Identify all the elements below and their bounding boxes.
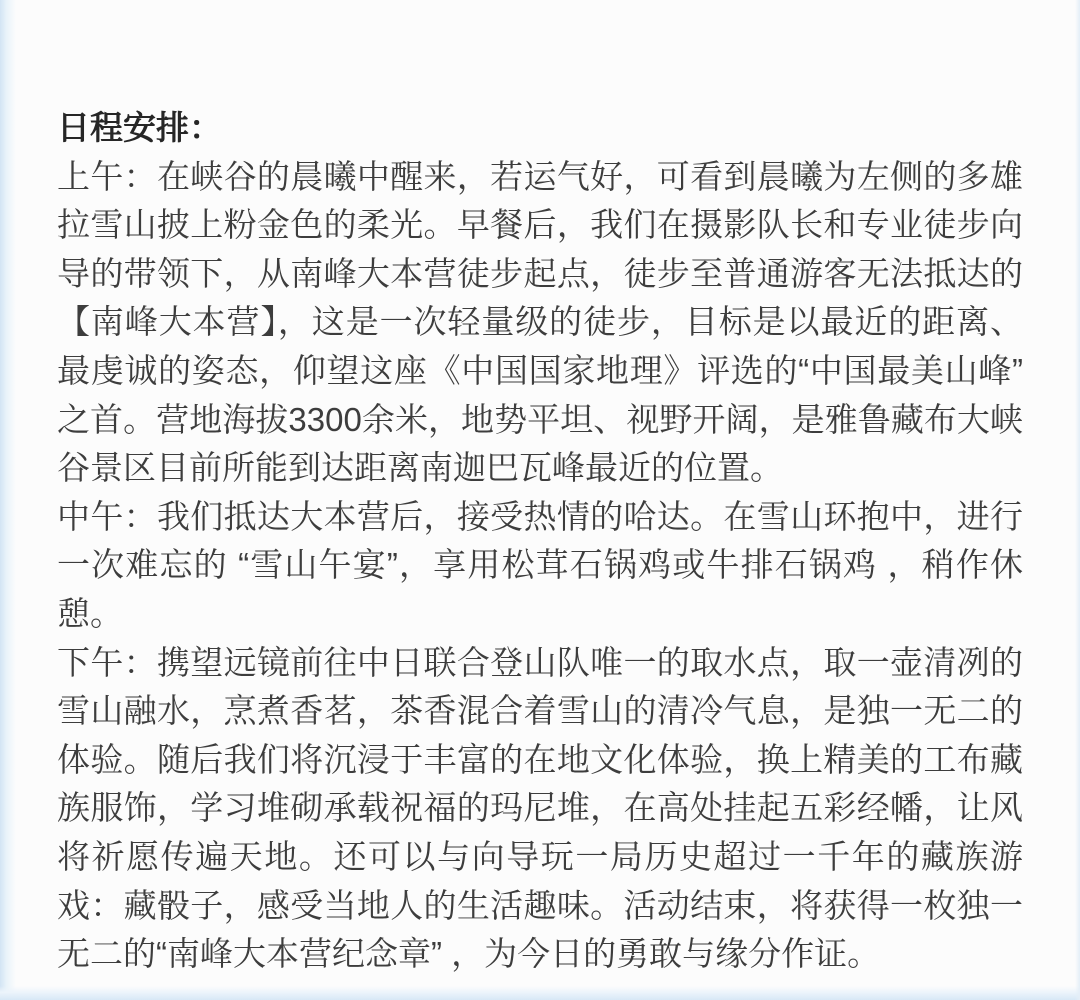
itinerary-paragraph-afternoon: 下午：携望远镜前往中日联合登山队唯一的取水点，取一壶清冽的雪山融水，烹煮香茗，茶… (57, 639, 1023, 979)
itinerary-title: 日程安排： (57, 104, 1023, 153)
itinerary-document: 日程安排： 上午：在峡谷的晨曦中醒来，若运气好，可看到晨曦为左侧的多雄拉雪山披上… (0, 0, 1080, 979)
itinerary-paragraph-noon: 中午：我们抵达大本营后，接受热情的哈达。在雪山环抱中，进行一次难忘的 “雪山午宴… (57, 493, 1023, 639)
itinerary-paragraph-morning: 上午：在峡谷的晨曦中醒来，若运气好，可看到晨曦为左侧的多雄拉雪山披上粉金色的柔光… (57, 153, 1023, 493)
page-edge-bottom (0, 986, 1080, 1000)
